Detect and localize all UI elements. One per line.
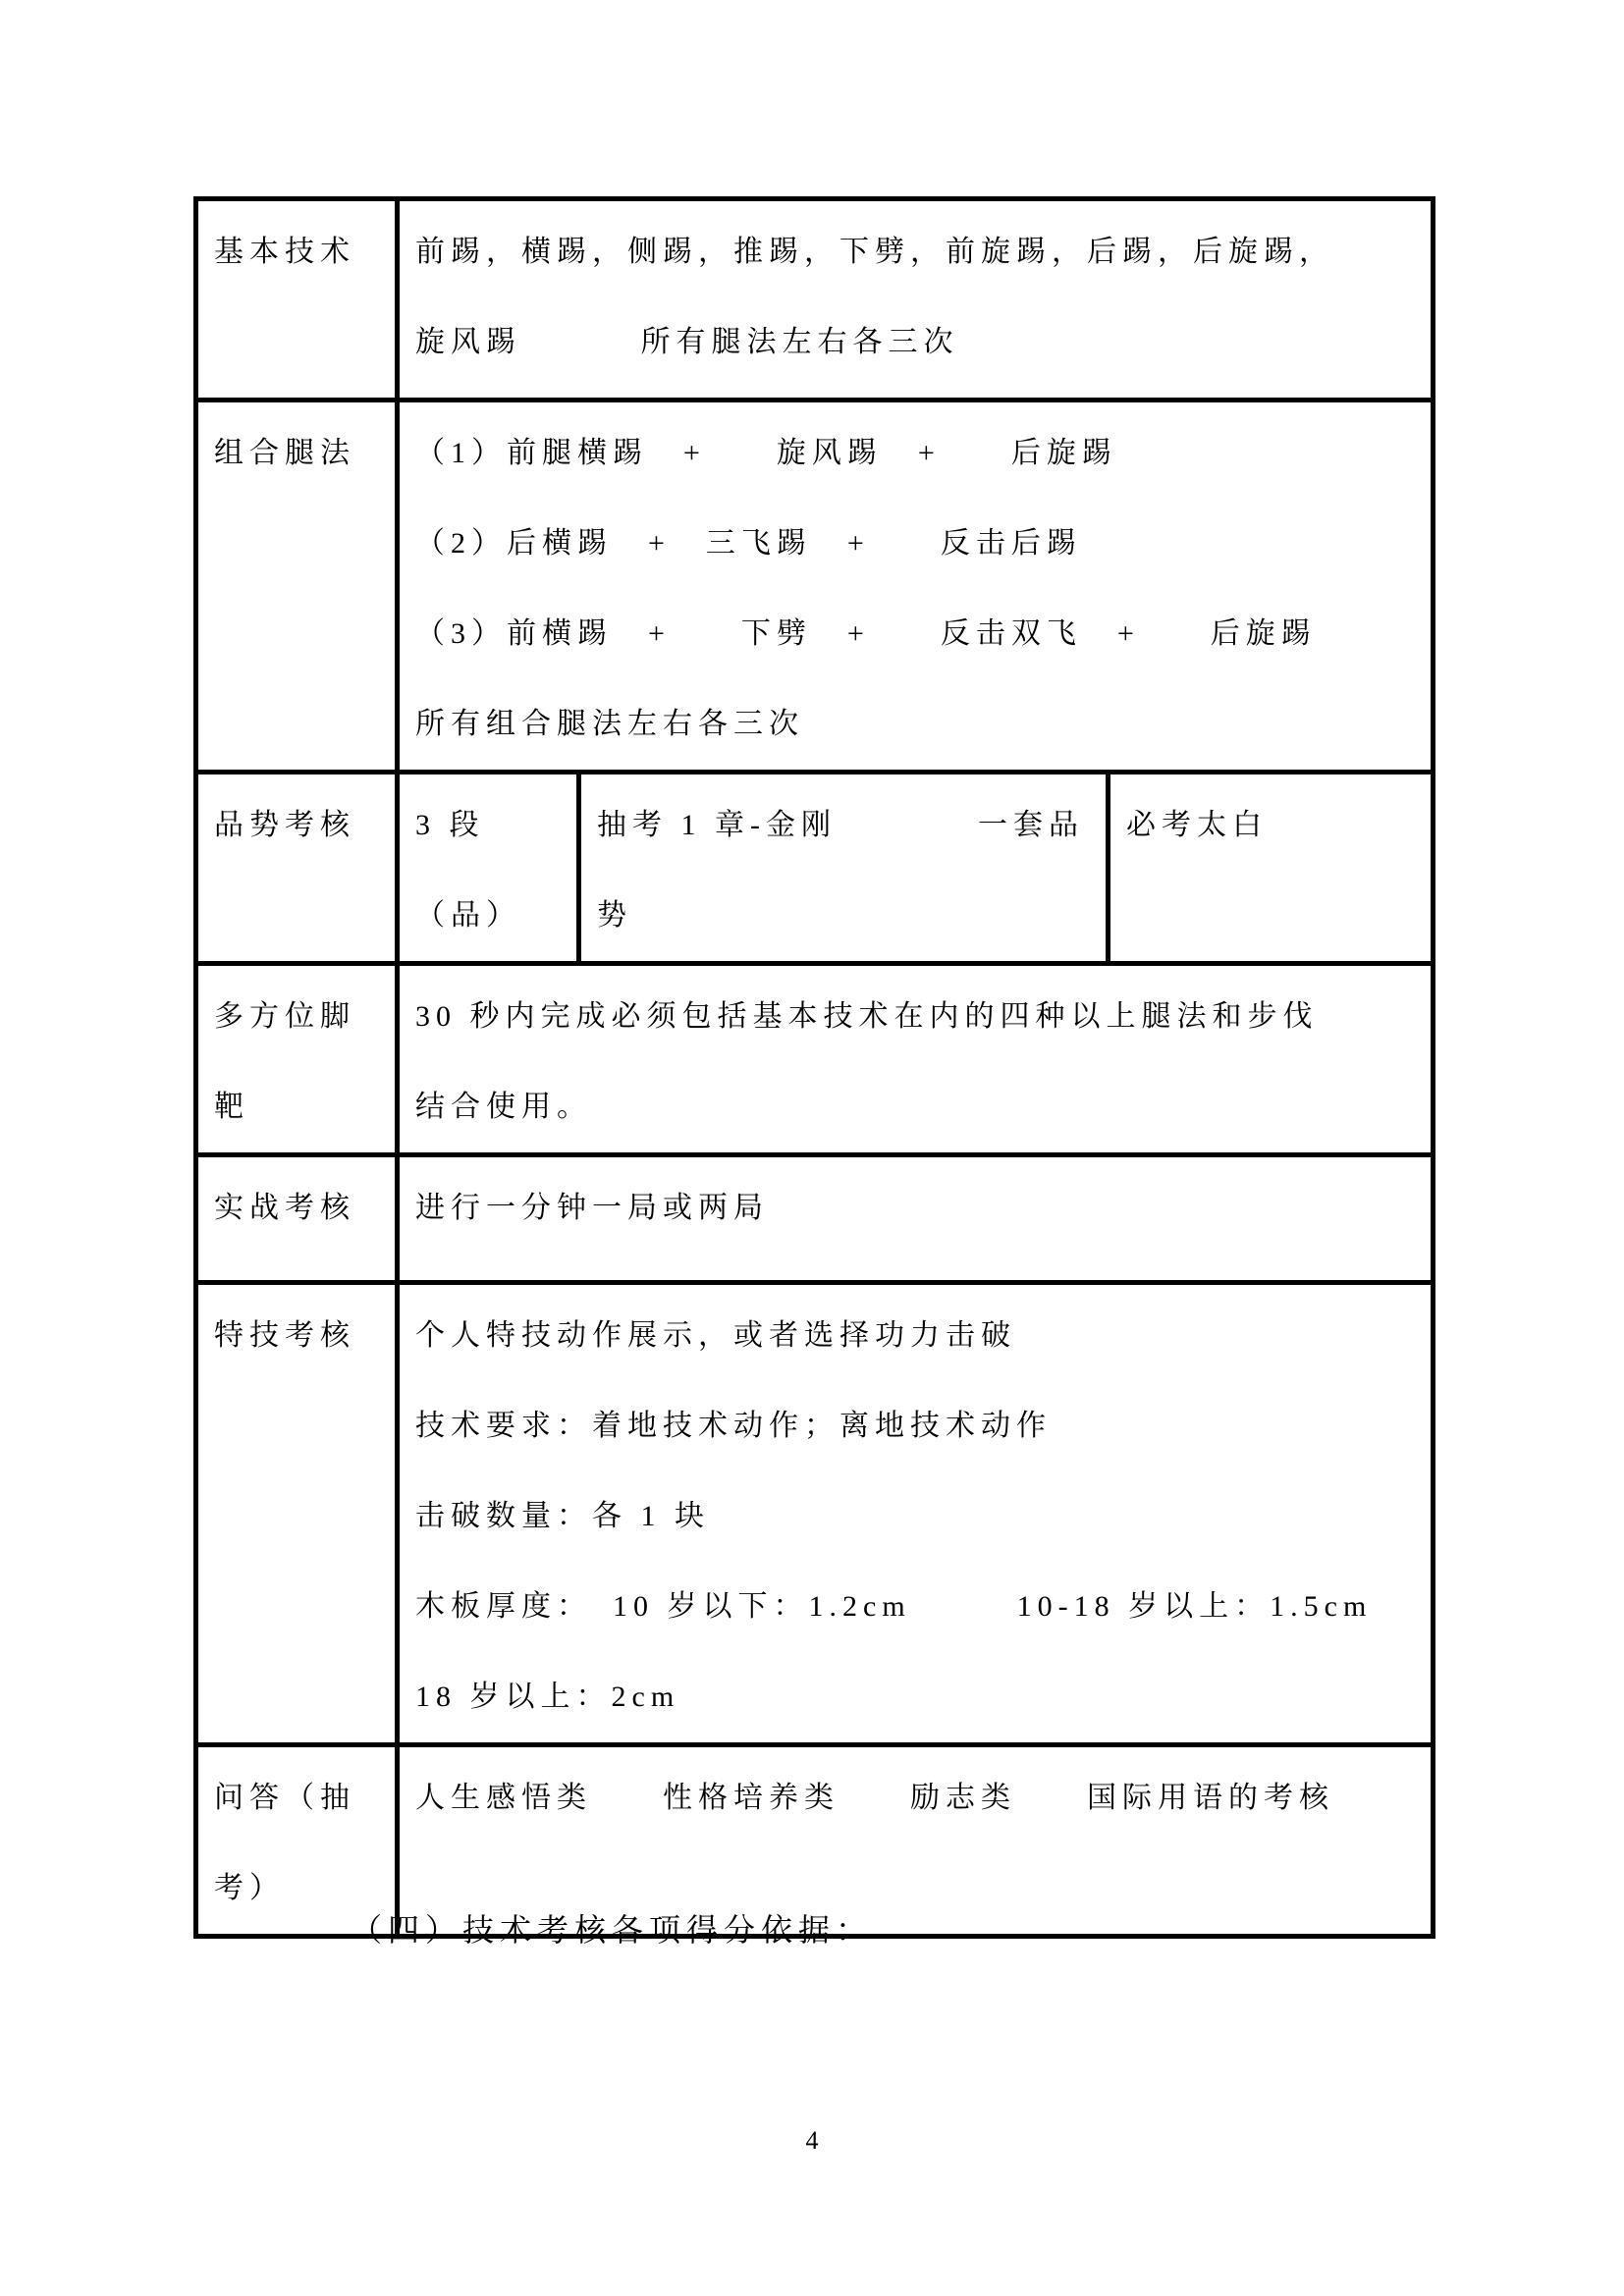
content-line: 30 秒内完成必须包括基本技术在内的四种以上腿法和步伐 — [415, 972, 1419, 1062]
content-line: 技术要求：着地技术动作；离地技术动作 — [415, 1381, 1419, 1471]
row-label-basic-techniques: 基本技术 — [196, 199, 398, 400]
row-label-text: 实战考核 — [214, 1163, 383, 1254]
table-row-combination-kicks: 组合腿法 （1）前腿横踢 + 旋风踢 + 后旋踢 （2）后横踢 + 三飞踢 + … — [196, 400, 1434, 773]
table-row-multi-direction-targets: 多方位脚靶 30 秒内完成必须包括基本技术在内的四种以上腿法和步伐 结合使用。 — [196, 964, 1434, 1155]
content-line: 人生感悟类 性格培养类 励志类 国际用语的考核 — [415, 1753, 1419, 1843]
content-line: 所有组合腿法左右各三次 — [415, 679, 1419, 770]
table-row-sparring-assessment: 实战考核 进行一分钟一局或两局 — [196, 1155, 1434, 1283]
table-row-basic-techniques: 基本技术 前踢，横踢，侧踢，推踢，下劈，前旋踢，后踢，后旋踢， 旋风踢 所有腿法… — [196, 199, 1434, 400]
content-line: 个人特技动作展示，或者选择功力击破 — [415, 1291, 1419, 1381]
content-line: 必考太白 — [1126, 780, 1419, 871]
row-label-multi-direction-targets: 多方位脚靶 — [196, 964, 398, 1155]
row-label-text: 基本技术 — [214, 207, 383, 297]
row-content-sparring-assessment: 进行一分钟一局或两局 — [398, 1155, 1434, 1283]
content-line: 木板厚度： 10 岁以下：1.2cm 10-18 岁以上：1.5cm — [415, 1562, 1419, 1652]
row-label-combination-kicks: 组合腿法 — [196, 400, 398, 773]
content-line: 18 岁以上：2cm — [415, 1652, 1419, 1742]
table-row-special-technique-assessment: 特技考核 个人特技动作展示，或者选择功力击破 技术要求：着地技术动作；离地技术动… — [196, 1283, 1434, 1745]
row-content-basic-techniques: 前踢，横踢，侧踢，推踢，下劈，前旋踢，后踢，后旋踢， 旋风踢 所有腿法左右各三次 — [398, 199, 1434, 400]
cell-poomsae-required: 必考太白 — [1109, 773, 1434, 964]
row-content-multi-direction-targets: 30 秒内完成必须包括基本技术在内的四种以上腿法和步伐 结合使用。 — [398, 964, 1434, 1155]
cell-poomsae-drawn: 抽考 1 章-金刚 一套品 势 — [579, 773, 1109, 964]
row-label-text: 组合腿法 — [214, 408, 383, 499]
row-content-combination-kicks: （1）前腿横踢 + 旋风踢 + 后旋踢 （2）后横踢 + 三飞踢 + 反击后踢 … — [398, 400, 1434, 773]
content-line: 势 — [597, 871, 1094, 961]
grading-requirements-table: 基本技术 前踢，横踢，侧踢，推踢，下劈，前旋踢，后踢，后旋踢， 旋风踢 所有腿法… — [193, 196, 1435, 1939]
row-label-text: 特技考核 — [214, 1291, 383, 1381]
content-line: （3）前横踢 + 下劈 + 反击双飞 + 后旋踢 — [415, 589, 1419, 679]
content-line: 抽考 1 章-金刚 一套品 — [597, 780, 1094, 871]
cell-poomsae-dan: 3 段（品） — [398, 773, 579, 964]
content-line: （1）前腿横踢 + 旋风踢 + 后旋踢 — [415, 408, 1419, 499]
page-number: 4 — [0, 2126, 1624, 2156]
content-line: 前踢，横踢，侧踢，推踢，下劈，前旋踢，后踢，后旋踢， — [415, 207, 1419, 297]
section-heading: （四）技术考核各项得分依据： — [351, 1906, 873, 1953]
row-content-special-technique-assessment: 个人特技动作展示，或者选择功力击破 技术要求：着地技术动作；离地技术动作 击破数… — [398, 1283, 1434, 1745]
content-line: （2）后横踢 + 三飞踢 + 反击后踢 — [415, 499, 1419, 589]
content-line: 结合使用。 — [415, 1062, 1419, 1152]
content-line: 进行一分钟一局或两局 — [415, 1163, 1419, 1254]
content-line: 击破数量：各 1 块 — [415, 1471, 1419, 1562]
row-label-poomsae-assessment: 品势考核 — [196, 773, 398, 964]
table-row-poomsae-assessment: 品势考核 3 段（品） 抽考 1 章-金刚 一套品 势 必考太白 — [196, 773, 1434, 964]
content-line: 旋风踢 所有腿法左右各三次 — [415, 297, 1419, 388]
content-line: 3 段（品） — [415, 780, 565, 961]
row-label-special-technique-assessment: 特技考核 — [196, 1283, 398, 1745]
document-page: 基本技术 前踢，横踢，侧踢，推踢，下劈，前旋踢，后踢，后旋踢， 旋风踢 所有腿法… — [0, 0, 1624, 2296]
row-label-text: 多方位脚靶 — [214, 972, 383, 1152]
row-label-text: 品势考核 — [214, 780, 383, 871]
row-label-sparring-assessment: 实战考核 — [196, 1155, 398, 1283]
